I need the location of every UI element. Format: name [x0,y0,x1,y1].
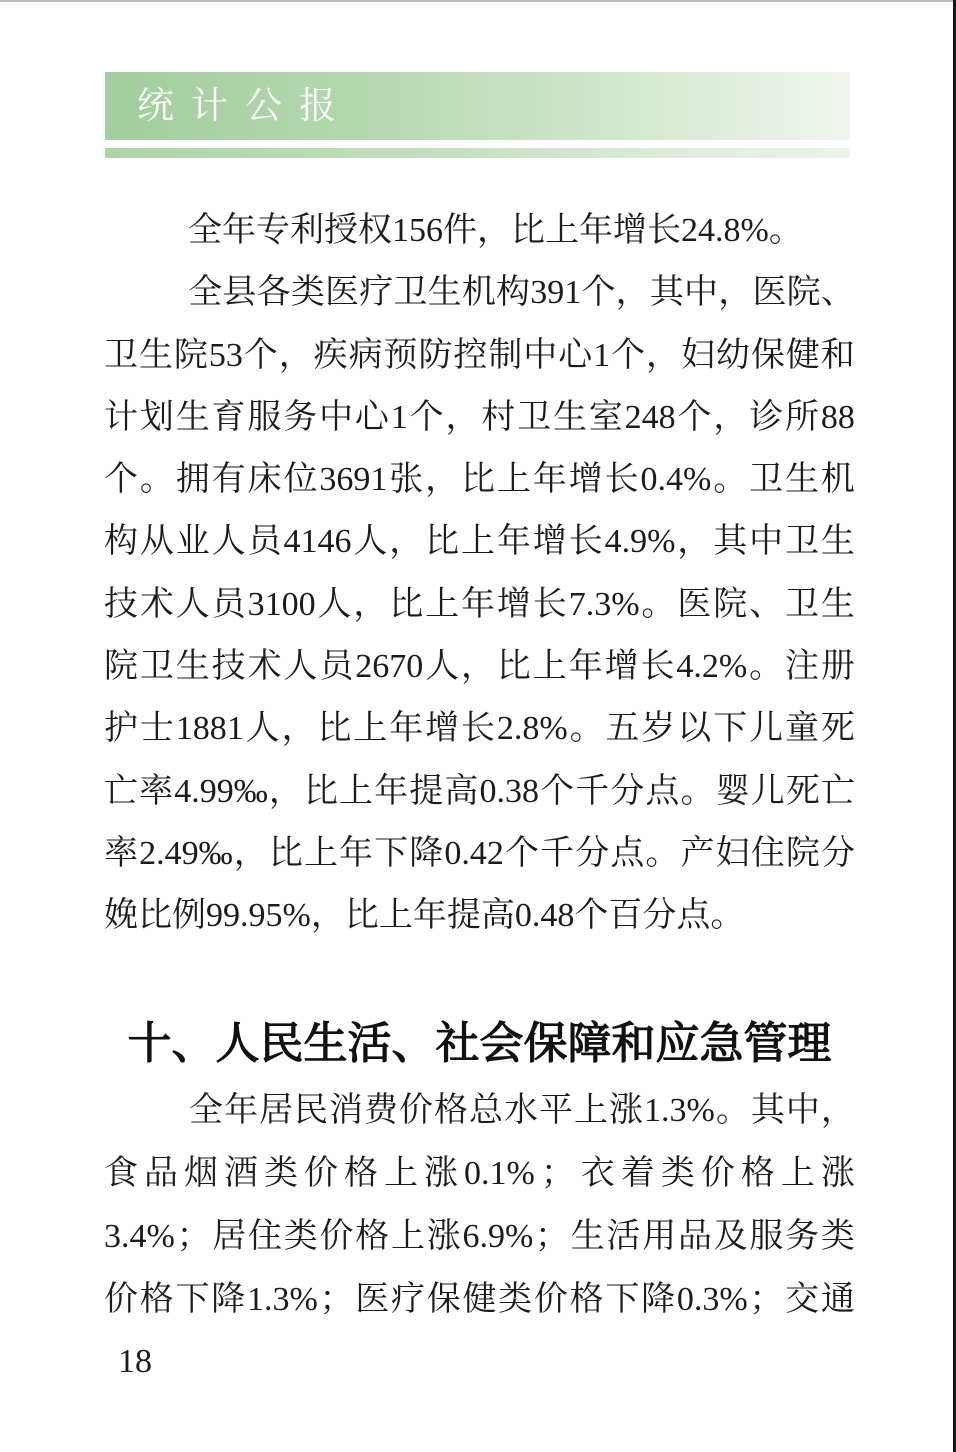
paragraph-group-before-heading: 全年专利授权156件，比上年增长24.8%。全县各类医疗卫生机构391个，其中，… [104,200,855,948]
paragraph-indent [104,262,188,324]
banner-title: 统计公报 [137,72,850,140]
text-line: 护士1881人，比上年增长2.8%。五岁以下儿童死 [104,698,855,760]
document-page: 统计公报 全年专利授权156件，比上年增长24.8%。全县各类医疗卫生机构391… [0,0,956,1452]
text-line: 院卫生技术人员2670人，比上年增长4.2%。注册 [104,636,855,698]
text-line: 亡率4.99‰，比上年提高0.38个千分点。婴儿死亡 [104,761,855,823]
text-line: 全年专利授权156件，比上年增长24.8%。 [104,200,855,262]
paragraph-indent [104,1079,188,1142]
top-edge-scan-line [0,0,956,2]
paragraph: 全县各类医疗卫生机构391个，其中，医院、卫生院53个，疾病预防控制中心1个，妇… [104,262,855,947]
section-heading: 十、人民生活、社会保障和应急管理 [104,1013,855,1075]
paragraph-group-after-heading: 全年居民消费价格总水平上涨1.3%。其中，食品烟酒类价格上涨0.1%；衣着类价格… [104,1079,855,1331]
text-line: 率2.49‰，比上年下降0.42个千分点。产妇住院分 [104,823,855,885]
header-banner: 统计公报 [105,72,850,140]
paragraph: 全年专利授权156件，比上年增长24.8%。 [104,200,855,262]
paragraph: 全年居民消费价格总水平上涨1.3%。其中，食品烟酒类价格上涨0.1%；衣着类价格… [104,1079,855,1331]
text-line: 卫生院53个，疾病预防控制中心1个，妇幼保健和 [104,325,855,387]
banner-underline-bar [105,148,850,158]
page-number: 18 [118,1340,152,1384]
text-line: 娩比例99.95%，比上年提高0.48个百分点。 [104,885,855,947]
text-line: 价格下降1.3%；医疗保健类价格下降0.3%；交通 [104,1268,855,1331]
text-line: 全县各类医疗卫生机构391个，其中，医院、 [104,262,855,324]
text-line: 技术人员3100人，比上年增长7.3%。医院、卫生 [104,574,855,636]
text-line: 个。拥有床位3691张，比上年增长0.4%。卫生机 [104,449,855,511]
text-line: 全年居民消费价格总水平上涨1.3%。其中， [104,1079,855,1142]
body-text: 全年专利授权156件，比上年增长24.8%。全县各类医疗卫生机构391个，其中，… [104,200,855,1331]
text-line: 计划生育服务中心1个，村卫生室248个，诊所88 [104,387,855,449]
text-line: 构从业人员4146人，比上年增长4.9%，其中卫生 [104,511,855,573]
text-line: 3.4%；居住类价格上涨6.9%；生活用品及服务类 [104,1205,855,1268]
text-line: 食品烟酒类价格上涨0.1%；衣着类价格上涨 [104,1142,855,1205]
